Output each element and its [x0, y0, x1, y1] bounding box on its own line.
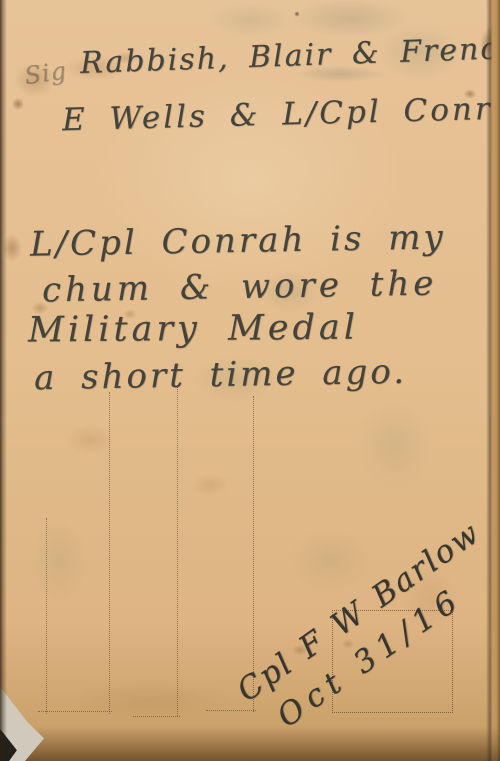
guide-line-vertical-1 [46, 518, 47, 714]
handwriting-body-line-3: Military Medal [28, 308, 359, 351]
postcard-scan: Sig Rabbish, Blair & Frenchy E Wells & L… [0, 0, 500, 761]
guide-line-vertical-2 [109, 392, 110, 714]
handwriting-body-line-2: chum & wore the [42, 264, 438, 311]
handwriting-names-line-2: E Wells & L/Cpl Conrah [62, 90, 500, 138]
handwriting-body-line-1: L/Cpl Conrah is my [30, 217, 446, 264]
card-edge-right [486, 0, 500, 761]
guide-line-foot-3 [206, 710, 256, 711]
guide-line-foot-1 [38, 711, 112, 712]
guide-line-vertical-3 [177, 386, 178, 716]
card-edge-bottom-shadow [0, 726, 500, 761]
handwriting-body-line-4: a short time ago. [34, 352, 408, 399]
handwriting-names-line-1-text: Rabbish, Blair & Frenchy [80, 30, 500, 81]
guide-line-foot-2 [133, 716, 180, 717]
handwriting-rank-prefix: Sig [23, 56, 69, 90]
card-edge-left [0, 0, 7, 761]
handwriting-names-line-1: Sig Rabbish, Blair & Frenchy [80, 30, 500, 81]
